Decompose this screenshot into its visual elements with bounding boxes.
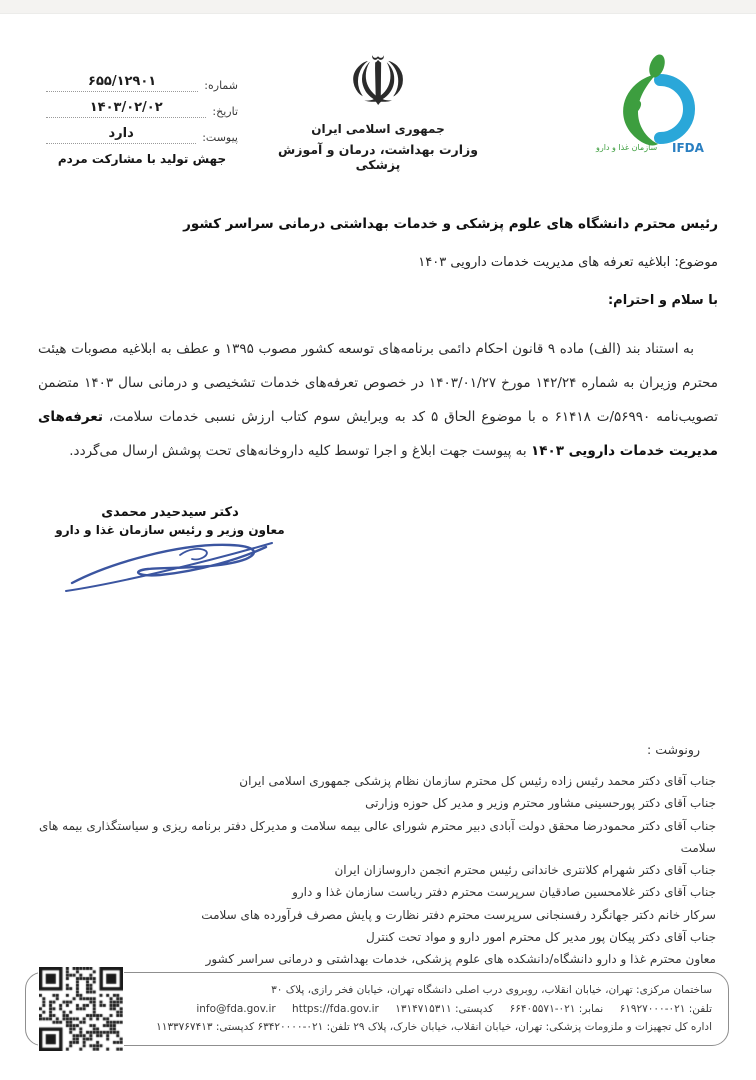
- letter-meta-block: شماره: ۶۵۵/۱۲۹۰۱ تاریخ: ۱۴۰۳/۰۲/۰۲ پیوست…: [46, 74, 238, 166]
- letter-attachment-label: پیوست:: [202, 131, 238, 144]
- footer-contact-line: تلفن: ۰۲۱-۶۱۹۲۷۰۰۰ نمابر: ۰۲۱-۶۶۴۰۵۵۷۱ ک…: [138, 1000, 712, 1019]
- cc-item: جناب آقای دکتر غلامحسین صادقیان سرپرست م…: [38, 881, 716, 903]
- scanned-letter-page: { "colors": { "signature_blue": "#3b55a0…: [0, 0, 756, 1080]
- footer-email: info@fda.gov.ir: [196, 1003, 275, 1015]
- ifda-persian-name: سازمان غذا و دارو: [595, 143, 658, 152]
- footer-equipment-line: اداره کل تجهیزات و ملزومات پزشکی: تهران،…: [138, 1018, 712, 1037]
- footer-website: https://fda.gov.ir: [292, 1003, 379, 1015]
- government-name: جمهوری اسلامی ایران: [268, 122, 488, 136]
- subject-line: موضوع: ابلاغیه تعرفه های مدیریت خدمات دا…: [38, 255, 718, 270]
- footer-address-line: ساختمان مرکزی: تهران، خیابان انقلاب، روب…: [138, 981, 712, 1000]
- letter-number-value: ۶۵۵/۱۲۹۰۱: [46, 74, 198, 92]
- cc-list: جناب آقای دکتر محمد رئیس زاده رئیس کل مح…: [38, 770, 716, 971]
- addressee-line: رئیس محترم دانشگاه های علوم پزشکی و خدما…: [38, 216, 718, 232]
- ifda-latin-name: IFDA: [672, 141, 705, 155]
- letter-attachment-row: پیوست: دارد: [46, 126, 238, 144]
- cc-item: جناب آقای دکتر پیکان پور مدیر کل محترم ا…: [38, 926, 716, 948]
- cc-item: معاون محترم غذا و دارو دانشگاه/دانشکده ه…: [38, 948, 716, 970]
- letter-attachment-value: دارد: [46, 126, 196, 144]
- signer-name: دکتر سیدحیدر محمدی: [55, 505, 285, 520]
- body-text-1: به استناد بند (الف) ماده ۹ قانون احکام د…: [38, 341, 718, 425]
- letter-date-label: تاریخ:: [212, 105, 238, 118]
- year-slogan: جهش تولید با مشارکت مردم: [46, 152, 238, 166]
- qr-code: [38, 960, 124, 1058]
- cc-item: جناب آقای دکتر شهرام کلانتری خاندانی رئی…: [38, 859, 716, 881]
- footer-box: ساختمان مرکزی: تهران، خیابان انقلاب، روب…: [25, 972, 729, 1046]
- salutation-line: با سلام و احترام:: [38, 293, 718, 308]
- footer-phone: تلفن: ۰۲۱-۶۱۹۲۷۰۰۰: [620, 1003, 712, 1015]
- footer-postal-code: کدپستی: ۱۳۱۴۷۱۵۳۱۱: [395, 1003, 493, 1015]
- footer-fax: نمابر: ۰۲۱-۶۶۴۰۵۵۷۱: [510, 1003, 604, 1015]
- signature-block: دکتر سیدحیدر محمدی معاون وزیر و رئیس ساز…: [55, 505, 285, 603]
- body-text-2: به پیوست جهت ابلاغ و اجرا توسط کلیه دارو…: [69, 443, 531, 459]
- letter-number-row: شماره: ۶۵۵/۱۲۹۰۱: [46, 74, 238, 92]
- scan-edge-strip: [0, 0, 756, 14]
- letter-date-row: تاریخ: ۱۴۰۳/۰۲/۰۲: [46, 100, 238, 118]
- cc-item: جناب آقای دکتر محمد رئیس زاده رئیس کل مح…: [38, 770, 716, 792]
- signature-scribble-icon: [60, 533, 280, 599]
- ifda-logo-icon: IFDA سازمان غذا و دارو: [594, 54, 722, 158]
- ministry-name: وزارت بهداشت، درمان و آموزش پزشکی: [268, 142, 488, 172]
- cc-item: جناب آقای دکتر پورحسینی مشاور محترم وزیر…: [38, 792, 716, 814]
- body-paragraph: به استناد بند (الف) ماده ۹ قانون احکام د…: [38, 332, 718, 468]
- letter-date-value: ۱۴۰۳/۰۲/۰۲: [46, 100, 206, 118]
- cc-label: رونوشت :: [38, 742, 700, 757]
- letter-head-lines: رئیس محترم دانشگاه های علوم پزشکی و خدما…: [38, 216, 718, 308]
- iran-emblem-icon: ☫: [268, 46, 488, 120]
- letterhead-center: ☫ جمهوری اسلامی ایران وزارت بهداشت، درما…: [268, 46, 488, 172]
- cc-item: جناب آقای دکتر محمودرضا محقق دولت آبادی …: [38, 815, 716, 860]
- cc-block: رونوشت : جناب آقای دکتر محمد رئیس زاده ر…: [38, 742, 716, 971]
- ifda-logo: IFDA سازمان غذا و دارو: [592, 54, 724, 162]
- letter-number-label: شماره:: [204, 79, 238, 92]
- cc-item: سرکار خانم دکتر جهانگرد رفسنجانی سرپرست …: [38, 904, 716, 926]
